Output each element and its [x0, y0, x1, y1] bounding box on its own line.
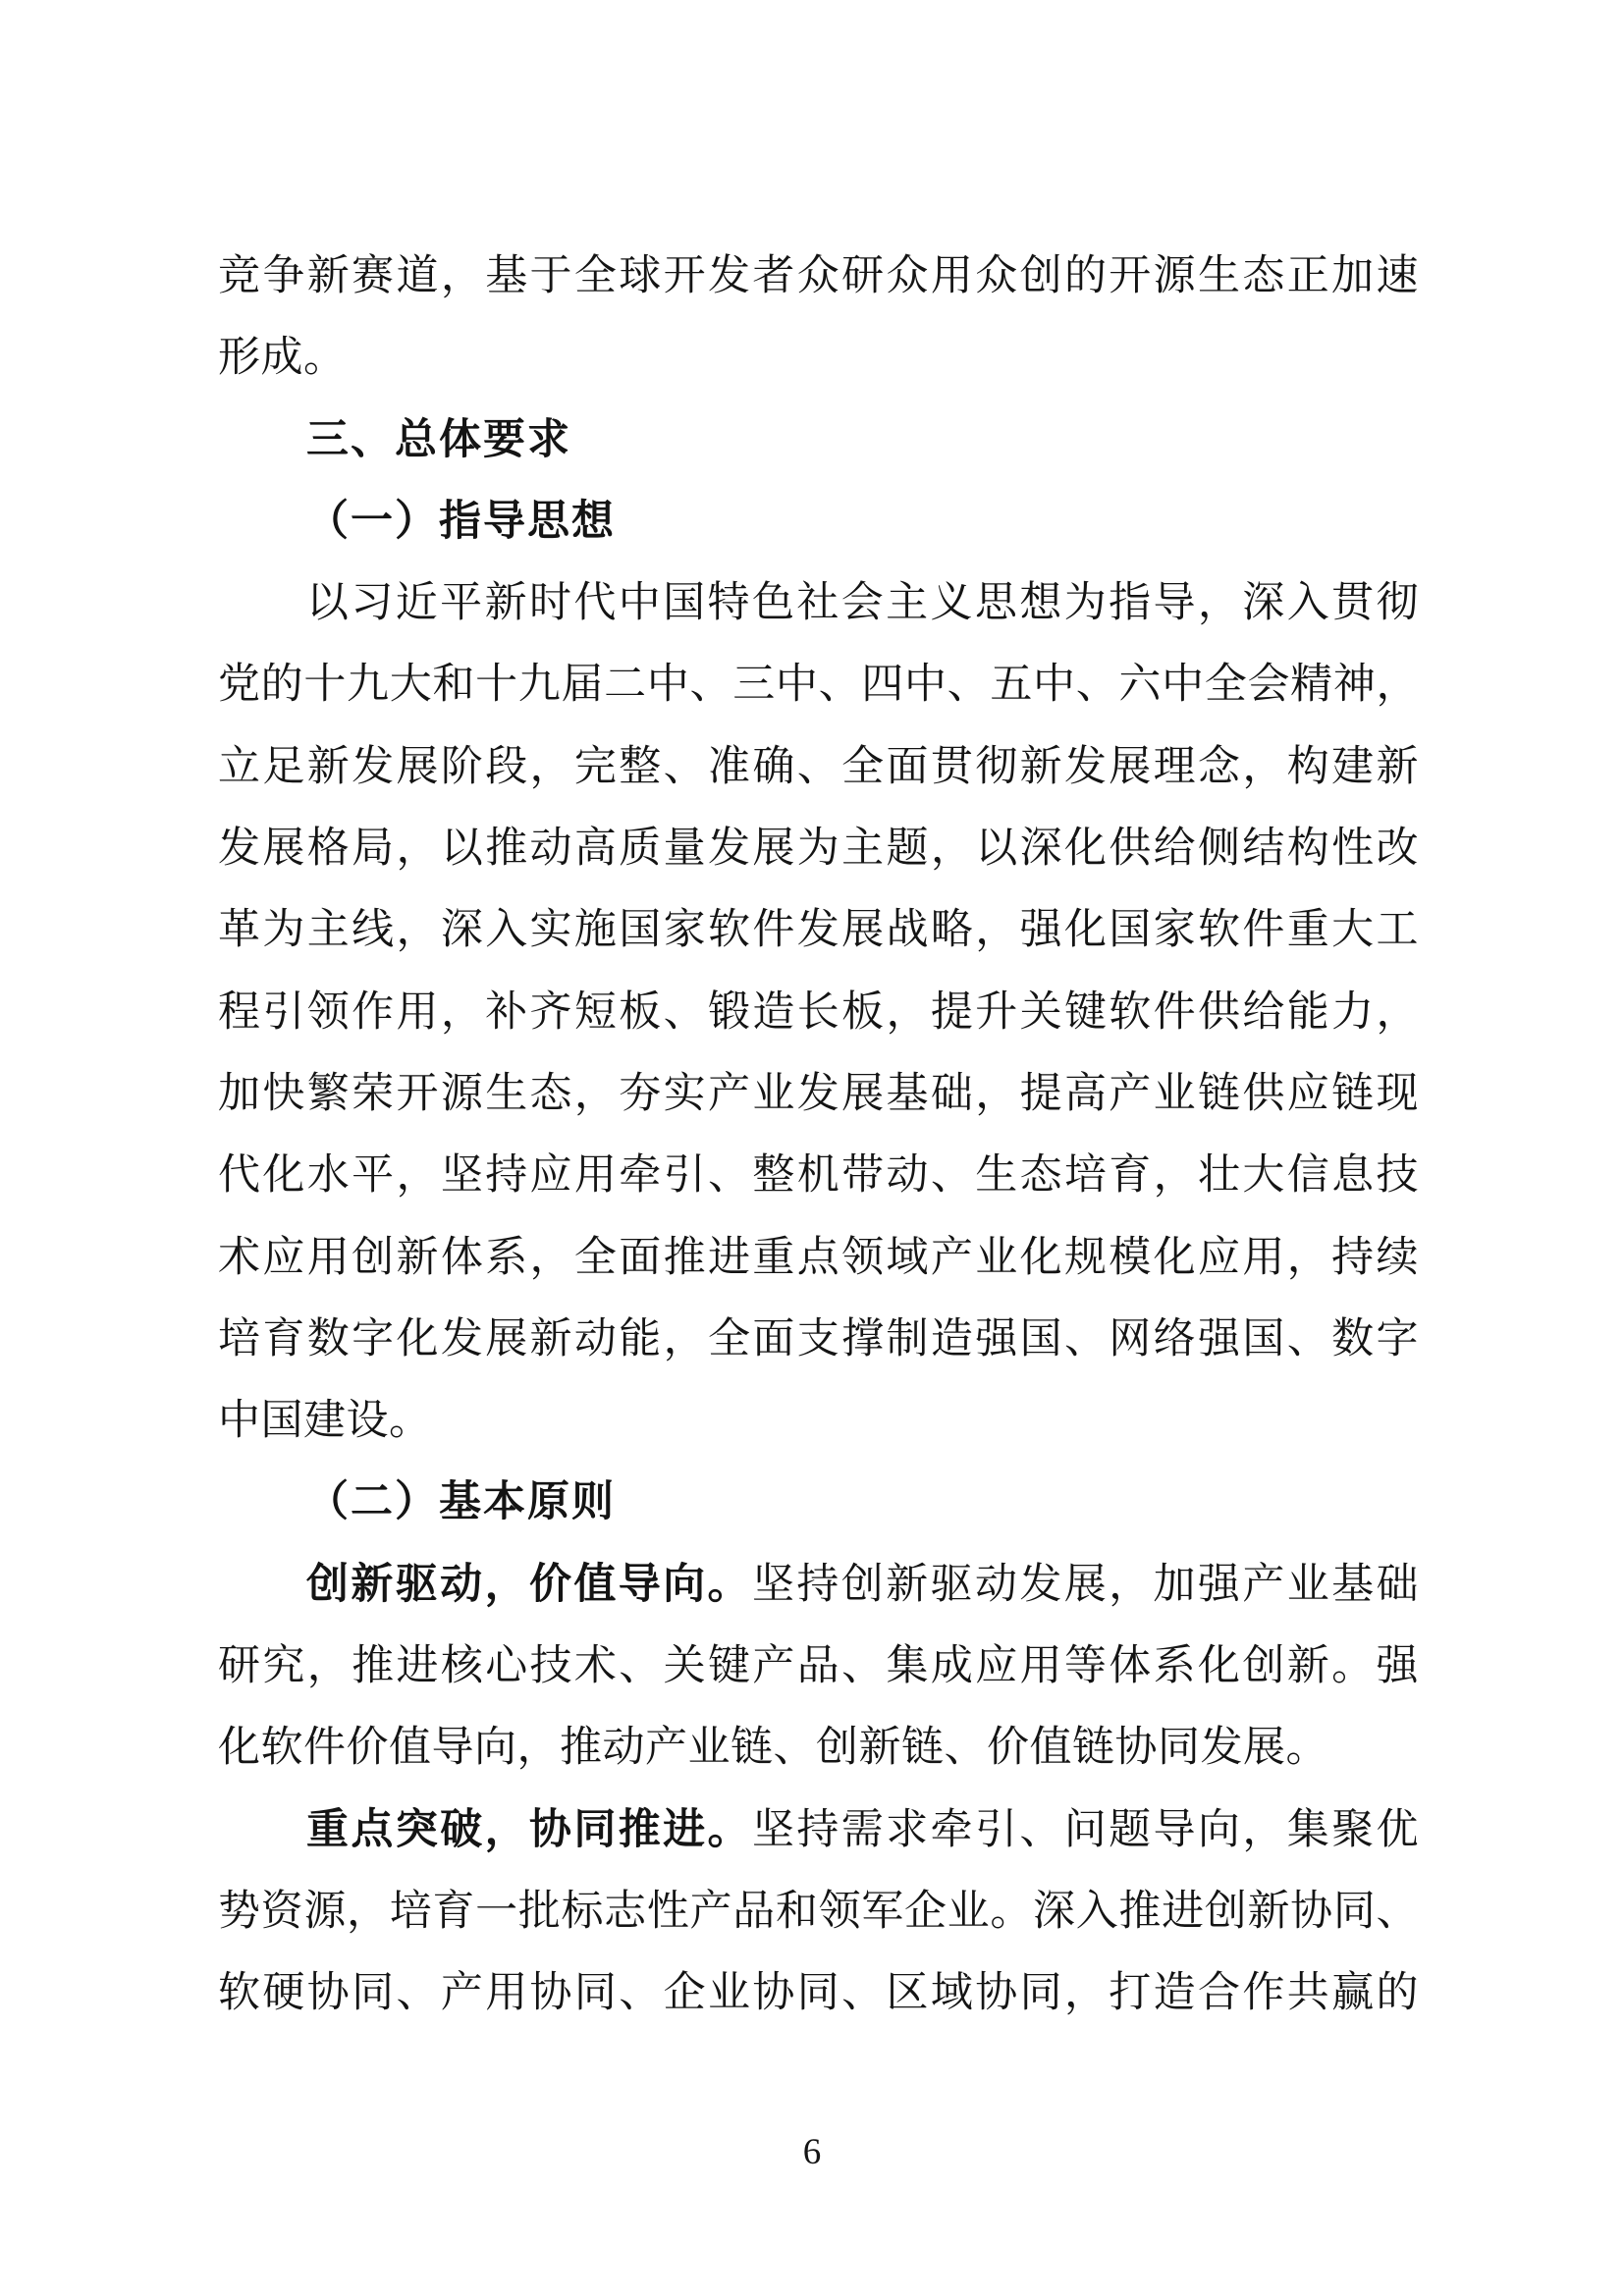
text-segment: 加快繁荣开源生态，夯实产业发展基础，提高产业链供应链现: [218, 1071, 1419, 1117]
text-line: 重点突破，协同推进。坚持需求牵引、问题导向，集聚优: [218, 1789, 1419, 1871]
text-segment: 程引领作用，补齐短板、锻造长板，提升关键软件供给能力，: [218, 989, 1419, 1036]
text-segment: 党的十九大和十九届二中、三中、四中、五中、六中全会精神，: [218, 662, 1419, 708]
text-segment: 坚持需求牵引、问题导向，集聚优: [752, 1807, 1419, 1853]
document-text: 竞争新赛道，基于全球开发者众研众用众创的开源生态正加速形成。三、总体要求（一）指…: [218, 236, 1419, 2035]
text-segment: 发展格局，以推动高质量发展为主题，以深化供给侧结构性改: [218, 826, 1419, 872]
text-line: 培育数字化发展新动能，全面支撑制造强国、网络强国、数字: [218, 1299, 1419, 1380]
text-line: 发展格局，以推动高质量发展为主题，以深化供给侧结构性改: [218, 808, 1419, 889]
text-segment: 术应用创新体系，全面推进重点领域产业化规模化应用，持续: [218, 1235, 1419, 1281]
text-line: 中国建设。: [218, 1380, 1419, 1462]
text-line: 代化水平，坚持应用牵引、整机带动、生态培育，壮大信息技: [218, 1135, 1419, 1216]
text-segment: （一）指导思想: [306, 499, 616, 545]
text-line: 形成。: [218, 317, 1419, 399]
text-line: 程引领作用，补齐短板、锻造长板，提升关键软件供给能力，: [218, 972, 1419, 1053]
text-segment: （二）基本原则: [306, 1479, 616, 1525]
text-segment: 立足新发展阶段，完整、准确、全面贯彻新发展理念，构建新: [218, 744, 1419, 790]
text-segment: 化软件价值导向，推动产业链、创新链、价值链协同发展。: [218, 1725, 1328, 1771]
section-heading: 三、总体要求: [218, 400, 1419, 481]
text-line: 以习近平新时代中国特色社会主义思想为指导，深入贯彻: [218, 562, 1419, 644]
text-line: 党的十九大和十九届二中、三中、四中、五中、六中全会精神，: [218, 644, 1419, 725]
text-line: 竞争新赛道，基于全球开发者众研众用众创的开源生态正加速: [218, 236, 1419, 317]
text-segment: 创新驱动，价值导向。: [306, 1562, 752, 1608]
text-segment: 代化水平，坚持应用牵引、整机带动、生态培育，壮大信息技: [218, 1152, 1419, 1199]
text-line: 研究，推进核心技术、关键产品、集成应用等体系化创新。强: [218, 1626, 1419, 1707]
text-segment: 形成。: [218, 335, 347, 381]
text-segment: 革为主线，深入实施国家软件发展战略，强化国家软件重大工: [218, 907, 1419, 953]
text-line: 立足新发展阶段，完整、准确、全面贯彻新发展理念，构建新: [218, 726, 1419, 808]
text-segment: 软硬协同、产用协同、企业协同、区域协同，打造合作共赢的: [218, 1970, 1419, 2016]
text-line: 加快繁荣开源生态，夯实产业发展基础，提高产业链供应链现: [218, 1053, 1419, 1135]
text-segment: 重点突破，协同推进。: [306, 1807, 752, 1853]
section-heading: （二）基本原则: [218, 1462, 1419, 1543]
text-segment: 坚持创新驱动发展，加强产业基础: [752, 1562, 1419, 1608]
text-segment: 以习近平新时代中国特色社会主义思想为指导，深入贯彻: [306, 580, 1419, 626]
text-segment: 势资源，培育一批标志性产品和领军企业。深入推进创新协同、: [218, 1889, 1419, 1935]
text-line: 势资源，培育一批标志性产品和领军企业。深入推进创新协同、: [218, 1871, 1419, 1952]
text-line: 革为主线，深入实施国家软件发展战略，强化国家软件重大工: [218, 889, 1419, 971]
text-segment: 竞争新赛道，基于全球开发者众研众用众创的开源生态正加速: [218, 253, 1419, 299]
text-line: 创新驱动，价值导向。坚持创新驱动发展，加强产业基础: [218, 1544, 1419, 1626]
text-line: 术应用创新体系，全面推进重点领域产业化规模化应用，持续: [218, 1217, 1419, 1299]
text-line: 化软件价值导向，推动产业链、创新链、价值链协同发展。: [218, 1707, 1419, 1789]
text-segment: 三、总体要求: [306, 416, 571, 463]
text-segment: 研究，推进核心技术、关键产品、集成应用等体系化创新。强: [218, 1643, 1419, 1689]
document-page: 竞争新赛道，基于全球开发者众研众用众创的开源生态正加速形成。三、总体要求（一）指…: [0, 0, 1624, 2296]
text-segment: 培育数字化发展新动能，全面支撑制造强国、网络强国、数字: [218, 1316, 1419, 1362]
section-heading: （一）指导思想: [218, 481, 1419, 562]
text-line: 软硬协同、产用协同、企业协同、区域协同，打造合作共赢的: [218, 1952, 1419, 2034]
text-segment: 中国建设。: [218, 1398, 432, 1444]
page-number: 6: [0, 2128, 1624, 2177]
